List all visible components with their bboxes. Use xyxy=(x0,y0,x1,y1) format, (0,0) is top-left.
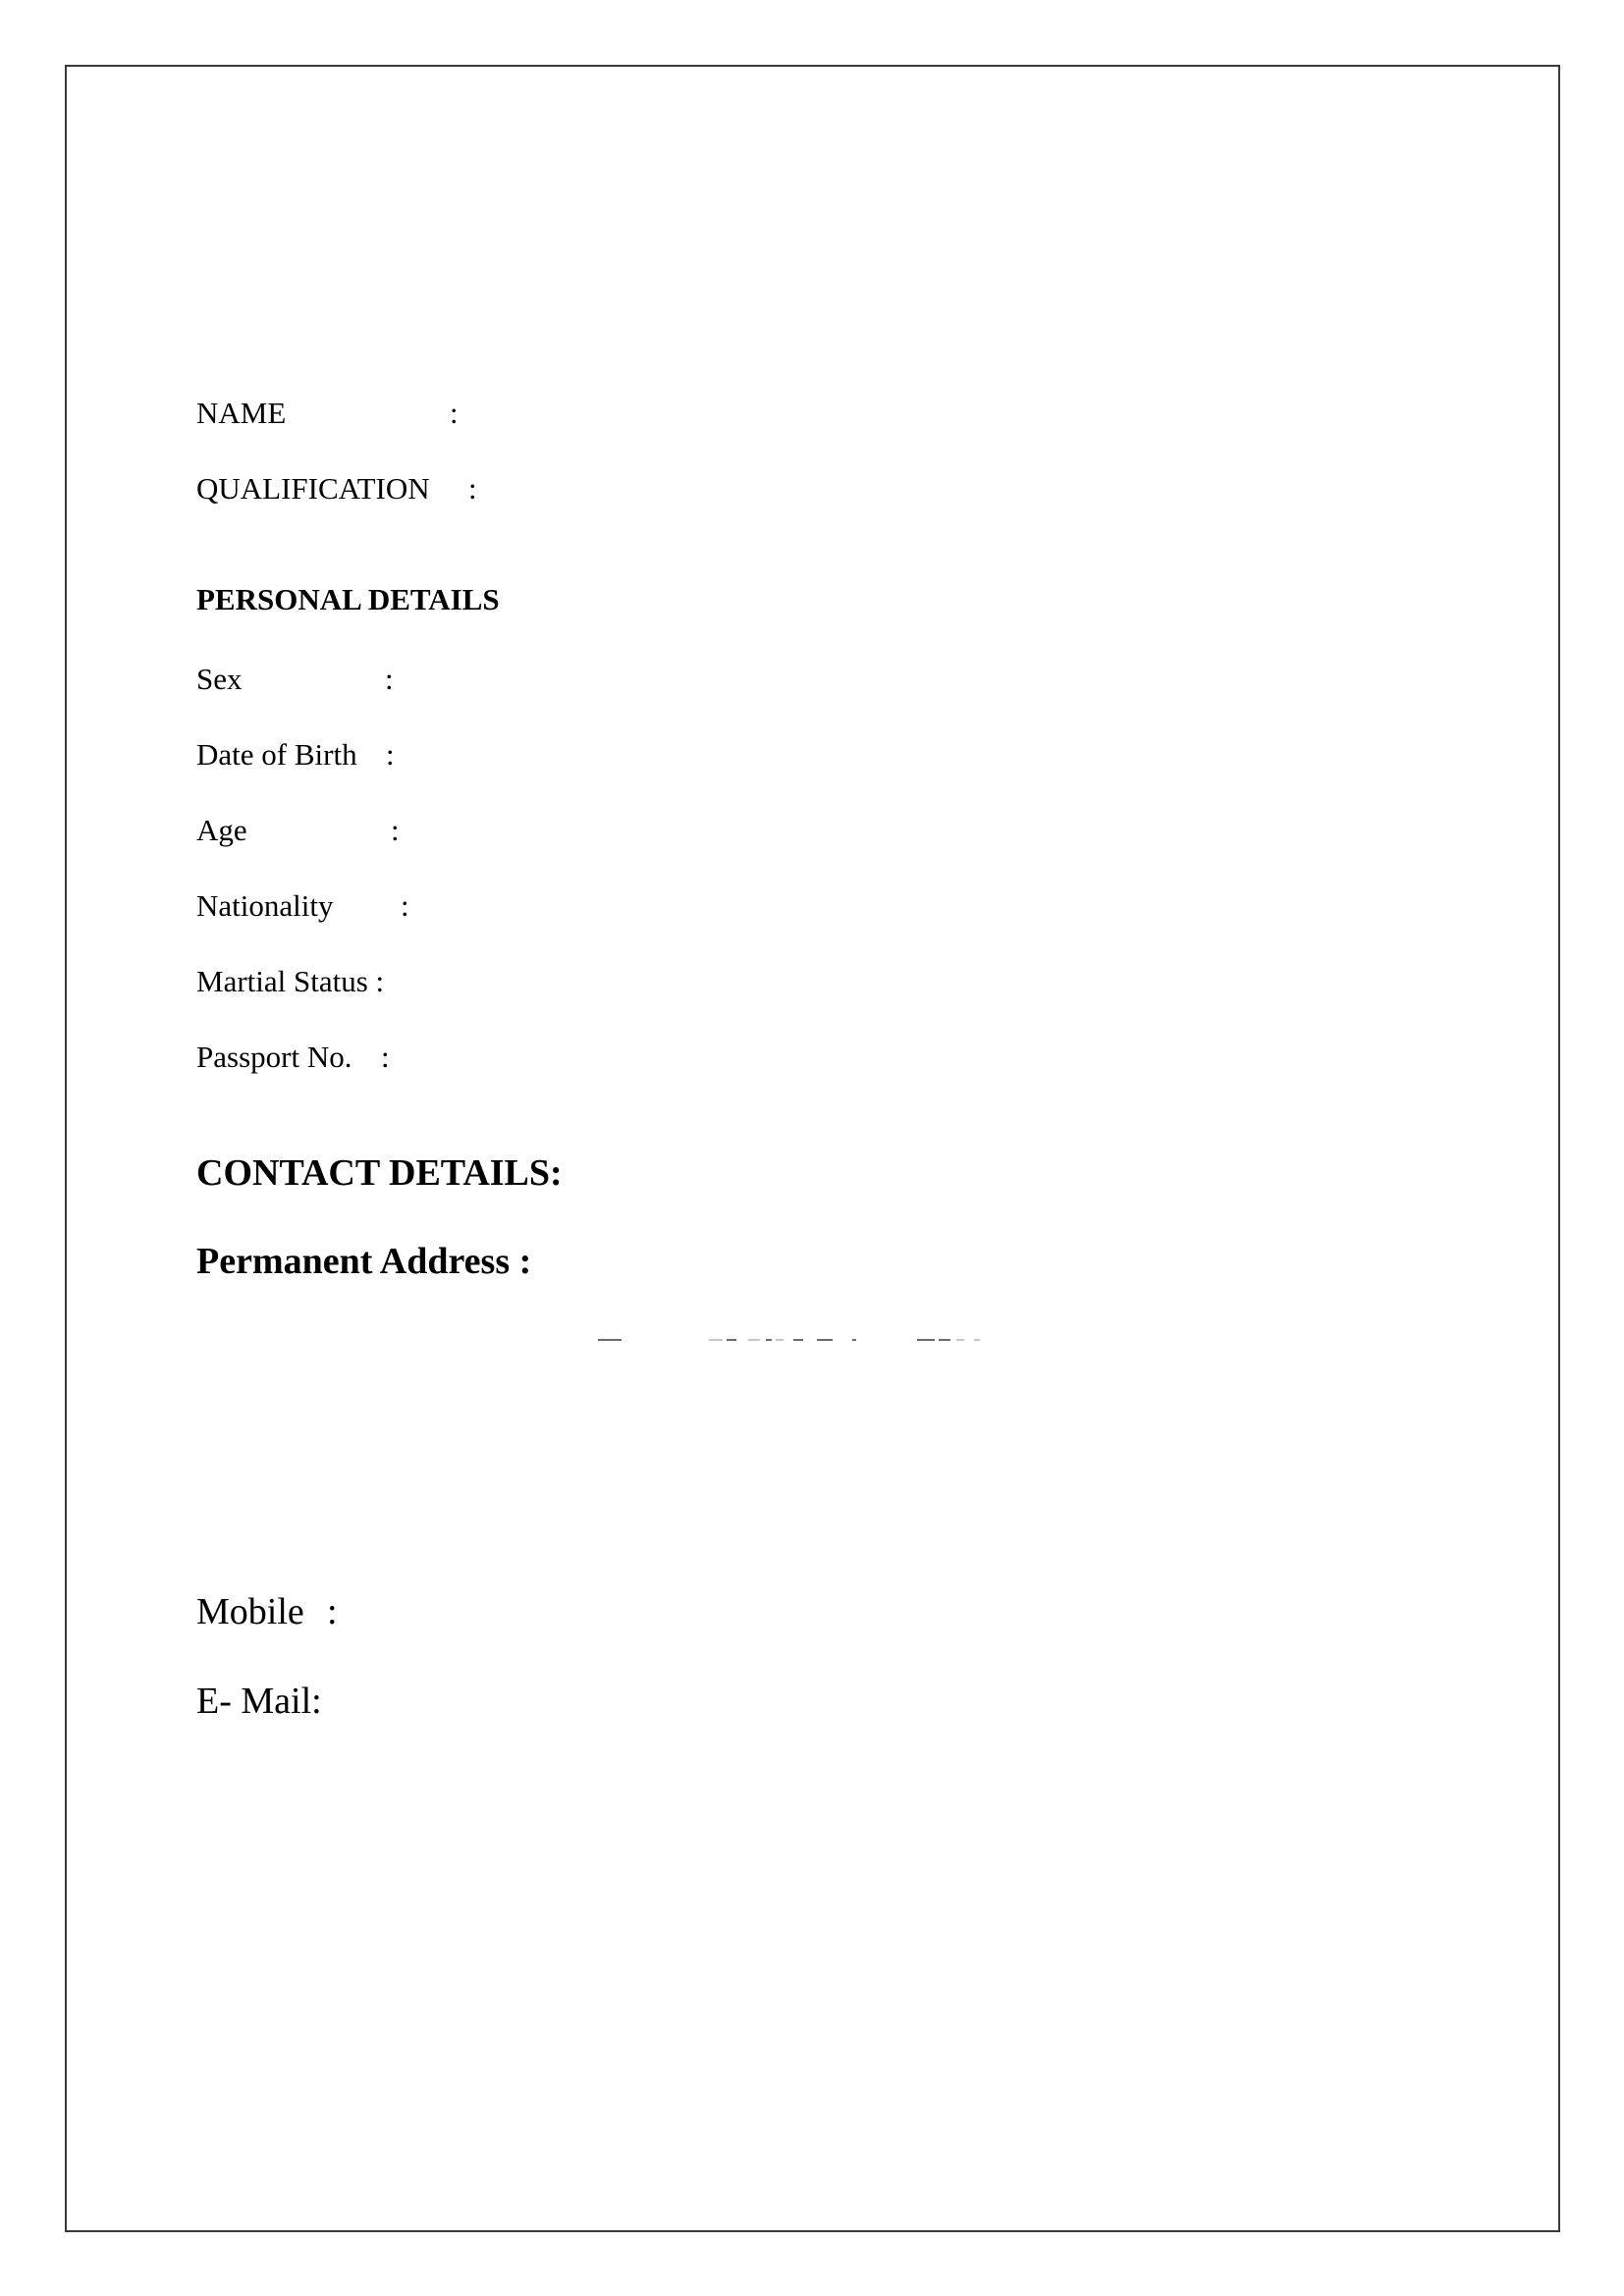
date-of-birth-separator: : xyxy=(386,739,395,770)
page-border xyxy=(65,65,1560,2232)
sex-label: Sex xyxy=(196,664,243,694)
age-separator: : xyxy=(391,815,400,845)
age-label: Age xyxy=(196,815,247,845)
permanent-address-clipped-text xyxy=(589,1336,1001,1344)
sex-separator: : xyxy=(385,664,394,694)
mobile-separator: : xyxy=(327,1593,338,1630)
passport-number-separator: : xyxy=(381,1041,390,1072)
personal-details-heading: PERSONAL DETAILS xyxy=(196,584,500,614)
name-separator: : xyxy=(450,398,459,428)
nationality-separator: : xyxy=(401,890,409,921)
passport-number-label: Passport No. xyxy=(196,1041,352,1072)
qualification-label: QUALIFICATION xyxy=(196,473,430,504)
date-of-birth-label: Date of Birth xyxy=(196,739,357,770)
qualification-separator: : xyxy=(468,473,477,504)
email-label: E- Mail: xyxy=(196,1682,322,1720)
permanent-address-label: Permanent Address : xyxy=(196,1243,531,1280)
name-label: NAME xyxy=(196,398,286,428)
contact-details-heading: CONTACT DETAILS: xyxy=(196,1154,563,1192)
marital-status-label: Martial Status : xyxy=(196,966,384,996)
nationality-label: Nationality xyxy=(196,890,333,921)
mobile-label: Mobile xyxy=(196,1593,304,1630)
